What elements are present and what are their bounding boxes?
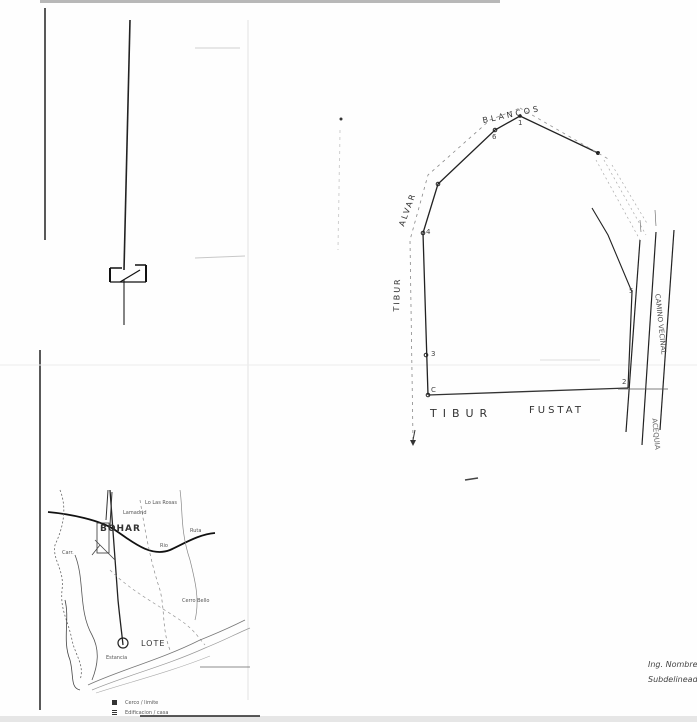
plan-drawing [0,0,697,722]
scanned-plan-page: TIBUR FUSTAT BLANCOS TIBUR ALVAR CAMINO … [0,0,697,722]
map-label: Estancia [106,655,127,661]
legend-item-2: Edificacion / casa [125,710,168,716]
map-label: Carr. [62,550,74,556]
signature-line-1: Ing. Nombre Apell. [648,660,697,669]
legend-hatched-square-icon [112,710,117,715]
west-boundary-label: TIBUR [392,277,402,311]
point-label-c: C [431,386,436,394]
south-boundary-label-2: FUSTAT [529,405,584,416]
point-label-2: 2 [622,378,626,386]
north-marker-symbol [110,265,146,282]
location-map [48,490,260,716]
map-lot-label: LOTE [141,639,165,648]
point-label-1: 1 [518,119,522,127]
point-label-4: 4 [426,228,430,236]
map-label: Cerro Bello [182,598,209,604]
plot-boundary [421,114,632,397]
point-label-6: 6 [492,133,496,141]
legend-filled-square-icon [112,700,117,705]
legend-item-1: Cerco / limite [125,700,158,706]
point-label-5: 5 [629,287,633,295]
map-label: Ruta [190,528,201,534]
signature-line-2: Subdelineador [648,675,697,684]
map-label: Lamadrid [123,510,147,516]
point-label-3: 3 [431,350,435,358]
map-town-label: BOHAR [100,524,141,534]
map-label: Rio [160,543,168,549]
map-label: Lo Las Rosas [145,500,177,506]
south-boundary-label: TIBUR [430,407,493,420]
